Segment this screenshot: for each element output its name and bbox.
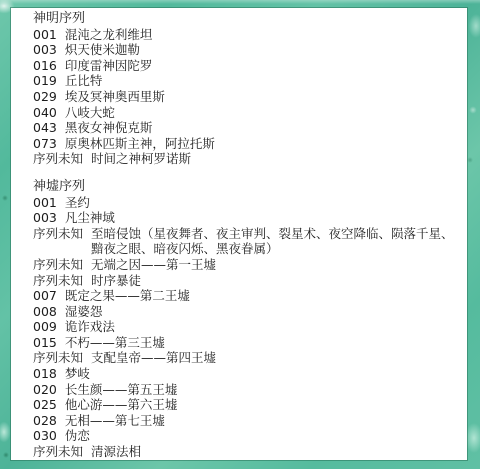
- entry-name: 无端之因——第一王墟: [91, 257, 461, 273]
- entry-name: 伪恋: [65, 428, 461, 444]
- sequence-number: 序列未知: [33, 350, 83, 366]
- list-item: 序列未知 时序暴徒: [33, 273, 461, 289]
- section-godruin-sequences: 神墟序列 001 圣约 003 凡尘神域 序列未知 至暗侵蚀（星夜舞者、夜主审判…: [33, 179, 461, 460]
- list-item: 028 无相——第七王墟: [33, 413, 461, 429]
- entry-name: 清源法相: [91, 444, 461, 460]
- sequence-number: 007: [33, 288, 57, 304]
- sequence-number: 003: [33, 42, 57, 58]
- sequence-number: 040: [33, 105, 57, 121]
- sequence-number: 001: [33, 195, 57, 211]
- sequence-number: 001: [33, 27, 57, 43]
- entry-name: 圣约: [65, 195, 461, 211]
- entry-name: 原奥林匹斯主神，阿拉托斯: [65, 136, 461, 152]
- section-god-sequences: 神明序列 001 混沌之龙利维坦 003 炽天使米迦勒 016 印度雷神因陀罗 …: [33, 11, 461, 167]
- list-item: 029 埃及冥神奥西里斯: [33, 89, 461, 105]
- list-item: 003 炽天使米迦勒: [33, 42, 461, 58]
- entry-name: 梦岐: [65, 366, 461, 382]
- list-item: 016 印度雷神因陀罗: [33, 58, 461, 74]
- document-page: 神明序列 001 混沌之龙利维坦 003 炽天使米迦勒 016 印度雷神因陀罗 …: [11, 8, 467, 460]
- list-item: 015 不朽——第三王墟: [33, 335, 461, 351]
- list-item: 020 长生颜——第五王墟: [33, 382, 461, 398]
- sequence-number: 016: [33, 58, 57, 74]
- sequence-number: 029: [33, 89, 57, 105]
- entry-name: 丘比特: [65, 73, 461, 89]
- entry-name: 无相——第七王墟: [65, 413, 461, 429]
- entry-name: 长生颜——第五王墟: [65, 382, 461, 398]
- list-item: 序列未知 至暗侵蚀（星夜舞者、夜主审判、裂星术、夜空降临、陨落千星、黯夜之眼、暗…: [33, 226, 461, 257]
- entry-name: 凡尘神域: [65, 210, 461, 226]
- sequence-list-document: 神明序列 001 混沌之龙利维坦 003 炽天使米迦勒 016 印度雷神因陀罗 …: [33, 11, 461, 460]
- entry-name: 黑夜女神倪克斯: [65, 120, 461, 136]
- entry-name: 时间之神柯罗诺斯: [91, 151, 461, 167]
- sequence-number: 043: [33, 120, 57, 136]
- sequence-number: 序列未知: [33, 151, 83, 167]
- list-item: 001 混沌之龙利维坦: [33, 27, 461, 43]
- sequence-number: 018: [33, 366, 57, 382]
- sequence-number: 序列未知: [33, 226, 83, 242]
- entry-name: 支配皇帝——第四王墟: [91, 350, 461, 366]
- entry-name: 诡诈戏法: [65, 319, 461, 335]
- sequence-number: 030: [33, 428, 57, 444]
- list-item: 008 湿婆怨: [33, 304, 461, 320]
- list-item: 043 黑夜女神倪克斯: [33, 120, 461, 136]
- entry-name: 混沌之龙利维坦: [65, 27, 461, 43]
- sequence-number: 020: [33, 382, 57, 398]
- sequence-number: 序列未知: [33, 273, 83, 289]
- sequence-number: 028: [33, 413, 57, 429]
- entry-name: 印度雷神因陀罗: [65, 58, 461, 74]
- sequence-number: 025: [33, 397, 57, 413]
- entry-name: 八岐大蛇: [65, 105, 461, 121]
- entry-name: 埃及冥神奥西里斯: [65, 89, 461, 105]
- sequence-number: 015: [33, 335, 57, 351]
- entry-name: 至暗侵蚀（星夜舞者、夜主审判、裂星术、夜空降临、陨落千星、黯夜之眼、暗夜闪烁、黑…: [91, 226, 461, 257]
- list-item: 018 梦岐: [33, 366, 461, 382]
- entry-name: 湿婆怨: [65, 304, 461, 320]
- entry-name: 不朽——第三王墟: [65, 335, 461, 351]
- entry-name: 炽天使米迦勒: [65, 42, 461, 58]
- list-item: 序列未知 时间之神柯罗诺斯: [33, 151, 461, 167]
- section-title: 神墟序列: [33, 179, 461, 195]
- entry-name: 他心游——第六王墟: [65, 397, 461, 413]
- list-item: 040 八岐大蛇: [33, 105, 461, 121]
- section-title: 神明序列: [33, 11, 461, 27]
- list-item: 073 原奥林匹斯主神，阿拉托斯: [33, 136, 461, 152]
- list-item: 007 既定之果——第二王墟: [33, 288, 461, 304]
- sequence-number: 008: [33, 304, 57, 320]
- list-item: 001 圣约: [33, 195, 461, 211]
- list-item: 序列未知 清源法相: [33, 444, 461, 460]
- list-item: 025 他心游——第六王墟: [33, 397, 461, 413]
- list-item: 019 丘比特: [33, 73, 461, 89]
- entry-name: 既定之果——第二王墟: [65, 288, 461, 304]
- sequence-number: 073: [33, 136, 57, 152]
- sequence-number: 序列未知: [33, 444, 83, 460]
- list-item: 序列未知 无端之因——第一王墟: [33, 257, 461, 273]
- sequence-number: 003: [33, 210, 57, 226]
- list-item: 009 诡诈戏法: [33, 319, 461, 335]
- list-item: 030 伪恋: [33, 428, 461, 444]
- sequence-number: 009: [33, 319, 57, 335]
- jade-marble-frame: 神明序列 001 混沌之龙利维坦 003 炽天使米迦勒 016 印度雷神因陀罗 …: [0, 0, 480, 469]
- list-item: 003 凡尘神域: [33, 210, 461, 226]
- entry-name: 时序暴徒: [91, 273, 461, 289]
- list-item: 序列未知 支配皇帝——第四王墟: [33, 350, 461, 366]
- sequence-number: 019: [33, 73, 57, 89]
- sequence-number: 序列未知: [33, 257, 83, 273]
